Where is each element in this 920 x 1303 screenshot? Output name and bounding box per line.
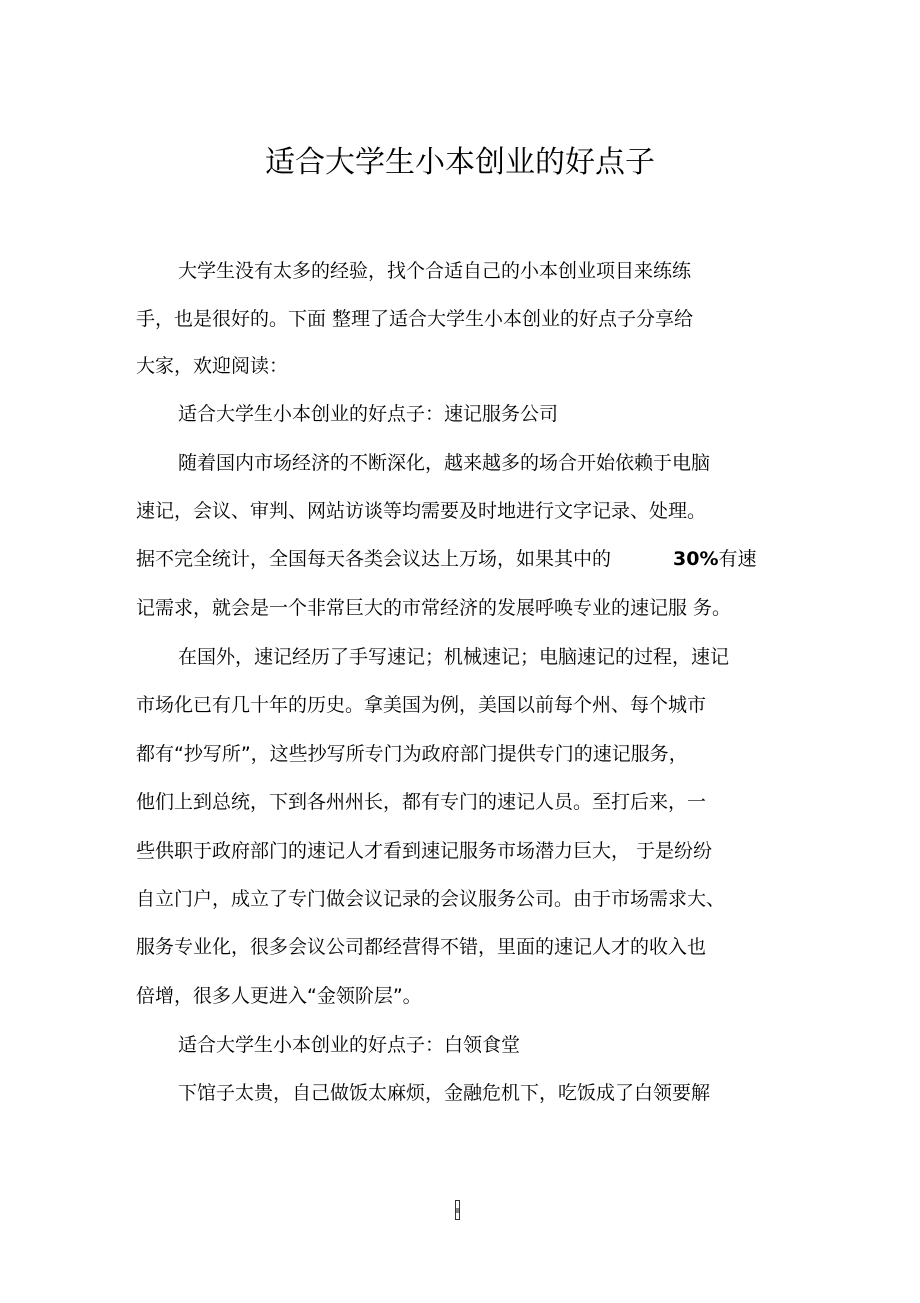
percent-stat: 30% bbox=[673, 548, 718, 570]
paragraph-line: 速记，会议、审判、网站访谈等均需要及时地进行文字记录、处理。 bbox=[136, 498, 706, 524]
section-heading-canteen: 适合大学生小本创业的好点子：白领食堂 bbox=[178, 1032, 520, 1058]
paragraph-line: 市场化已有几十年的历史。拿美国为例，美国以前每个州、每个城市 bbox=[136, 692, 706, 718]
paragraph-line: 记需求，就会是一个非常巨大的市常经济的发展呼唤专业的速记服 务。 bbox=[136, 595, 731, 621]
paragraph-line: 大学生没有太多的经验，找个合适自己的小本创业项目来练练 bbox=[178, 258, 691, 284]
paragraph-text: 据不完全统计，全国每天各类会议达上万场，如果其中的 bbox=[136, 548, 611, 570]
paragraph-line: 大家，欢迎阅读： bbox=[136, 353, 288, 379]
paragraph-line: 自立门户，成立了专门做会议记录的会议服务公司。由于市场需求大、 bbox=[136, 886, 725, 912]
document-title: 适合大学生小本创业的好点子 bbox=[0, 143, 920, 183]
paragraph-line: 手，也是很好的。下面 整理了适合大学生小本创业的好点子分享给 bbox=[136, 306, 693, 332]
page-marker-icon bbox=[455, 1200, 460, 1220]
paragraph-line: 随着国内市场经济的不断深化，越来越多的场合开始依赖于电脑 bbox=[178, 450, 710, 476]
paragraph-line: 他们上到总统，下到各州州长，都有专门的速记人员。至打后来，一 bbox=[136, 789, 706, 815]
paragraph-line: 服务专业化，很多会议公司都经营得不错，里面的速记人才的收入也 bbox=[136, 934, 706, 960]
paragraph-line: 下馆子太贵，自己做饭太麻烦，金融危机下，吃饭成了白领要解 bbox=[178, 1080, 710, 1106]
section-heading-stenography: 适合大学生小本创业的好点子：速记服务公司 bbox=[178, 401, 558, 427]
paragraph-text: 有速 bbox=[719, 548, 757, 570]
paragraph-line: 在国外，速记经历了手写速记；机械速记；电脑速记的过程，速记 bbox=[178, 644, 729, 670]
paragraph-line-with-stat: 据不完全统计，全国每天各类会议达上万场，如果其中的30%有速 bbox=[136, 546, 757, 572]
paragraph-line: 些供职于政府部门的速记人才看到速记服务市场潜力巨大， 于是纷纷 bbox=[136, 838, 712, 864]
paragraph-line: 都有“抄写所”，这些抄写所专门为政府部门提供专门的速记服务， bbox=[136, 741, 688, 767]
paragraph-line: 倍增，很多人更进入“金领阶层”。 bbox=[136, 983, 422, 1009]
